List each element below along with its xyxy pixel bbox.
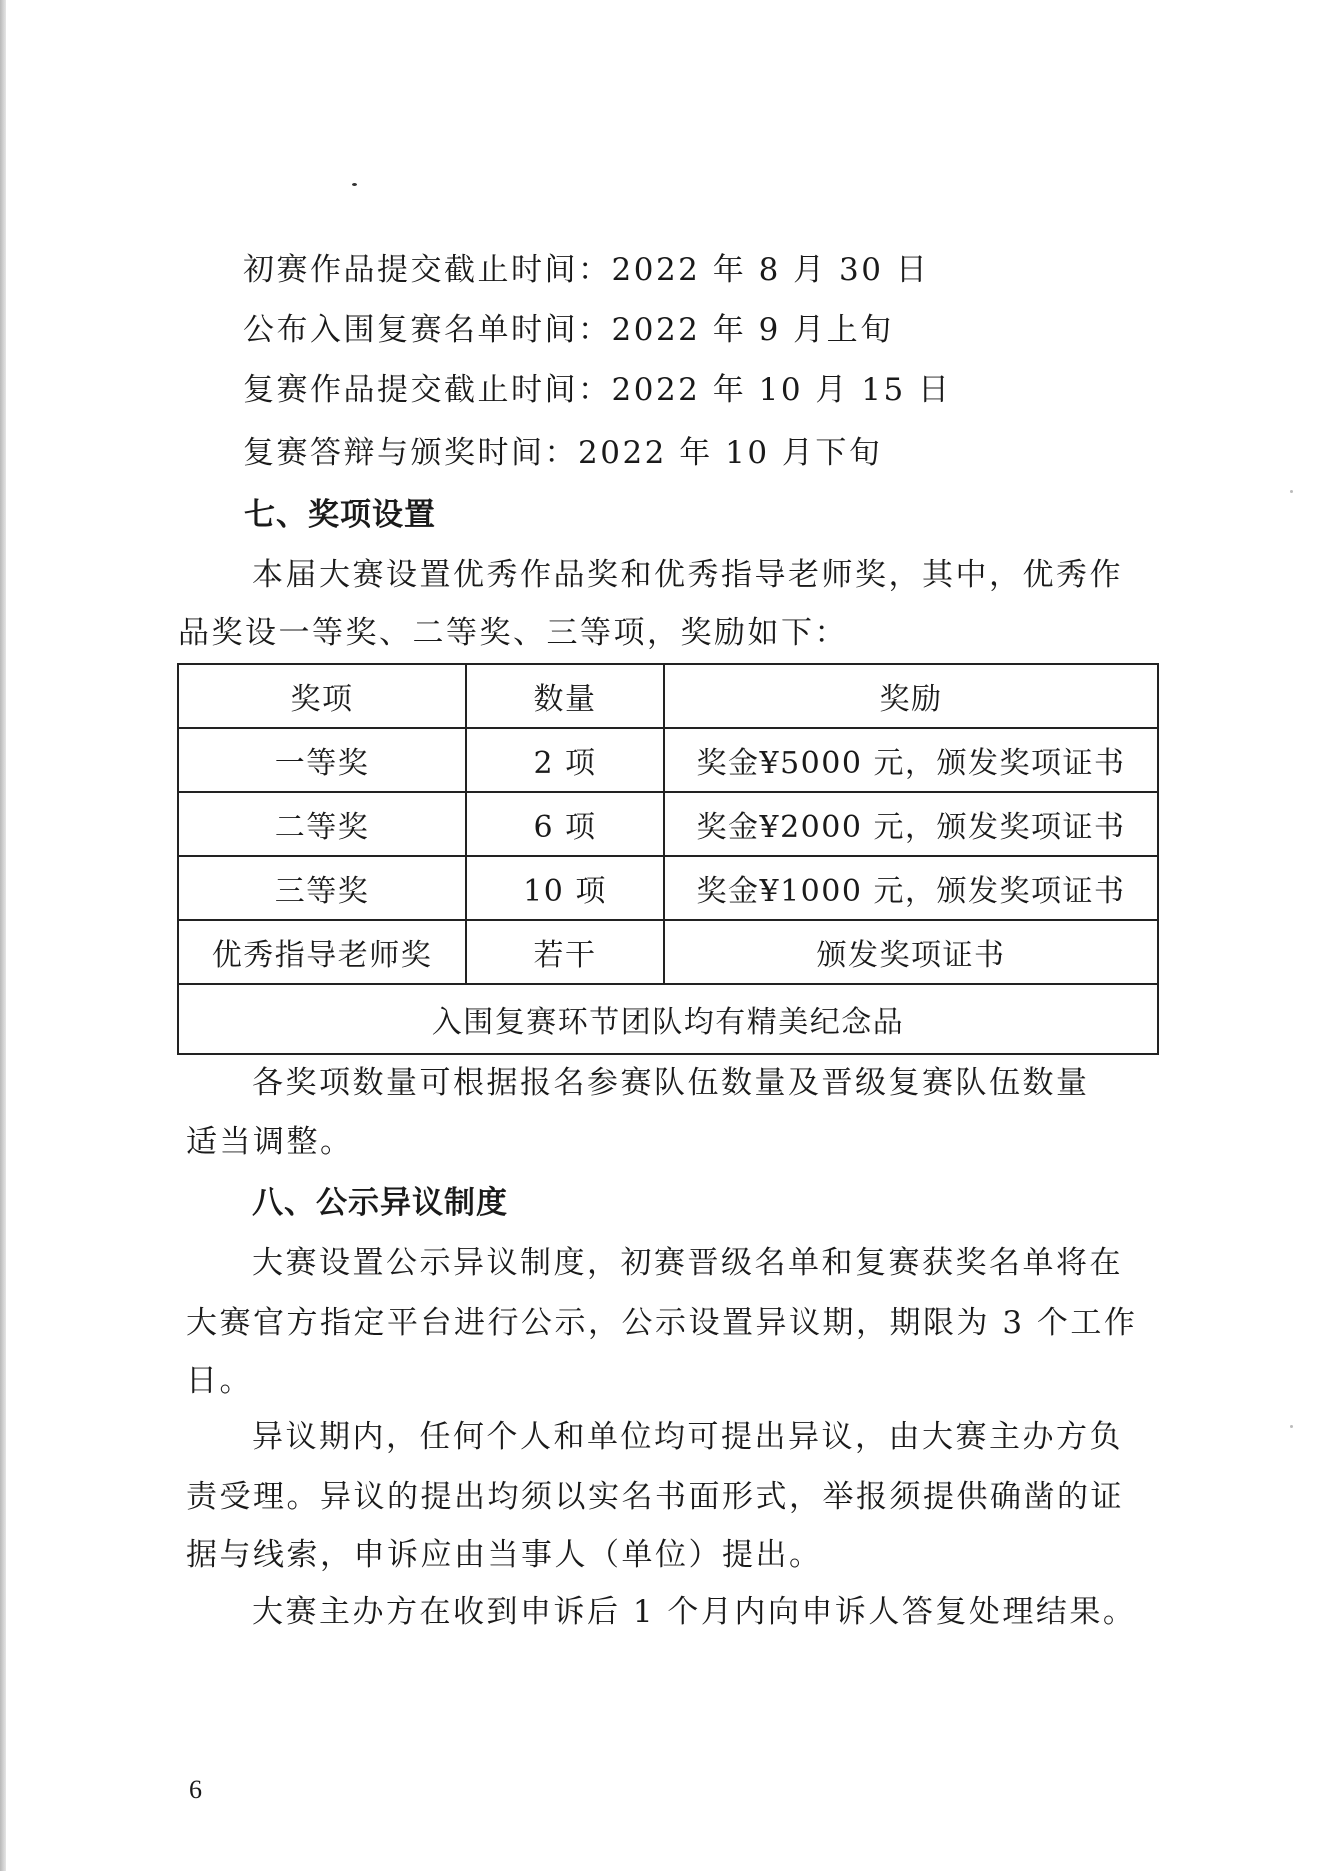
table-row: 优秀指导老师奖 若干 颁发奖项证书 <box>178 920 1158 984</box>
table-row: 一等奖 2 项 奖金¥5000 元，颁发奖项证书 <box>178 728 1158 792</box>
section-7-intro-line-2: 品奖设一等奖、二等奖、三等项，奖励如下： <box>178 613 848 653</box>
header-quantity: 数量 <box>466 664 664 728</box>
table-row: 三等奖 10 项 奖金¥1000 元，颁发奖项证书 <box>178 856 1158 920</box>
table-header-row: 奖项 数量 奖励 <box>178 664 1158 728</box>
award-name: 一等奖 <box>178 728 466 792</box>
scan-speck <box>352 183 357 186</box>
scan-speck <box>1290 1425 1293 1428</box>
schedule-line-2: 公布入围复赛名单时间：2022 年 9 月上旬 <box>243 310 894 350</box>
award-quantity: 2 项 <box>466 728 664 792</box>
table-footer-row: 入围复赛环节团队均有精美纪念品 <box>178 984 1158 1054</box>
table-row: 二等奖 6 项 奖金¥2000 元，颁发奖项证书 <box>178 792 1158 856</box>
header-reward: 奖励 <box>664 664 1158 728</box>
award-name: 优秀指导老师奖 <box>178 920 466 984</box>
section-8-p2-line-2: 责受理。异议的提出均须以实名书面形式，举报须提供确凿的证 <box>186 1477 1124 1517</box>
section-8-heading: 八、公示异议制度 <box>252 1183 508 1223</box>
table-footer-note: 入围复赛环节团队均有精美纪念品 <box>178 984 1158 1054</box>
note-line-2: 适当调整。 <box>186 1122 354 1162</box>
award-quantity: 若干 <box>466 920 664 984</box>
award-reward: 奖金¥2000 元，颁发奖项证书 <box>664 792 1158 856</box>
header-award: 奖项 <box>178 664 466 728</box>
page-number: 6 <box>189 1775 202 1805</box>
award-reward: 奖金¥5000 元，颁发奖项证书 <box>664 728 1158 792</box>
section-8-p1-line-1: 大赛设置公示异议制度，初赛晋级名单和复赛获奖名单将在 <box>252 1243 1123 1283</box>
section-8-p1-line-2: 大赛官方指定平台进行公示，公示设置异议期，期限为 3 个工作 <box>186 1303 1137 1343</box>
schedule-line-4: 复赛答辩与颁奖时间：2022 年 10 月下旬 <box>243 433 882 473</box>
section-8-p2-line-3: 据与线索，申诉应由当事人（单位）提出。 <box>186 1535 823 1575</box>
award-quantity: 10 项 <box>466 856 664 920</box>
award-name: 二等奖 <box>178 792 466 856</box>
award-name: 三等奖 <box>178 856 466 920</box>
section-8-p2-line-1: 异议期内，任何个人和单位均可提出异议，由大赛主办方负 <box>252 1417 1123 1457</box>
schedule-line-1: 初赛作品提交截止时间：2022 年 8 月 30 日 <box>243 250 929 290</box>
section-8-p1-line-3: 日。 <box>186 1361 253 1401</box>
scan-edge <box>0 0 6 1871</box>
scan-speck <box>1290 490 1293 493</box>
note-line-1: 各奖项数量可根据报名参赛队伍数量及晋级复赛队伍数量 <box>252 1063 1090 1103</box>
award-reward: 颁发奖项证书 <box>664 920 1158 984</box>
section-7-heading: 七、奖项设置 <box>244 495 436 535</box>
schedule-line-3: 复赛作品提交截止时间：2022 年 10 月 15 日 <box>243 370 952 410</box>
awards-table: 奖项 数量 奖励 一等奖 2 项 奖金¥5000 元，颁发奖项证书 二等奖 6 … <box>177 663 1159 1055</box>
section-8-p3-line-1: 大赛主办方在收到申诉后 1 个月内向申诉人答复处理结果。 <box>252 1592 1136 1632</box>
award-reward: 奖金¥1000 元，颁发奖项证书 <box>664 856 1158 920</box>
award-quantity: 6 项 <box>466 792 664 856</box>
section-7-intro-line-1: 本届大赛设置优秀作品奖和优秀指导老师奖，其中，优秀作 <box>252 555 1123 595</box>
